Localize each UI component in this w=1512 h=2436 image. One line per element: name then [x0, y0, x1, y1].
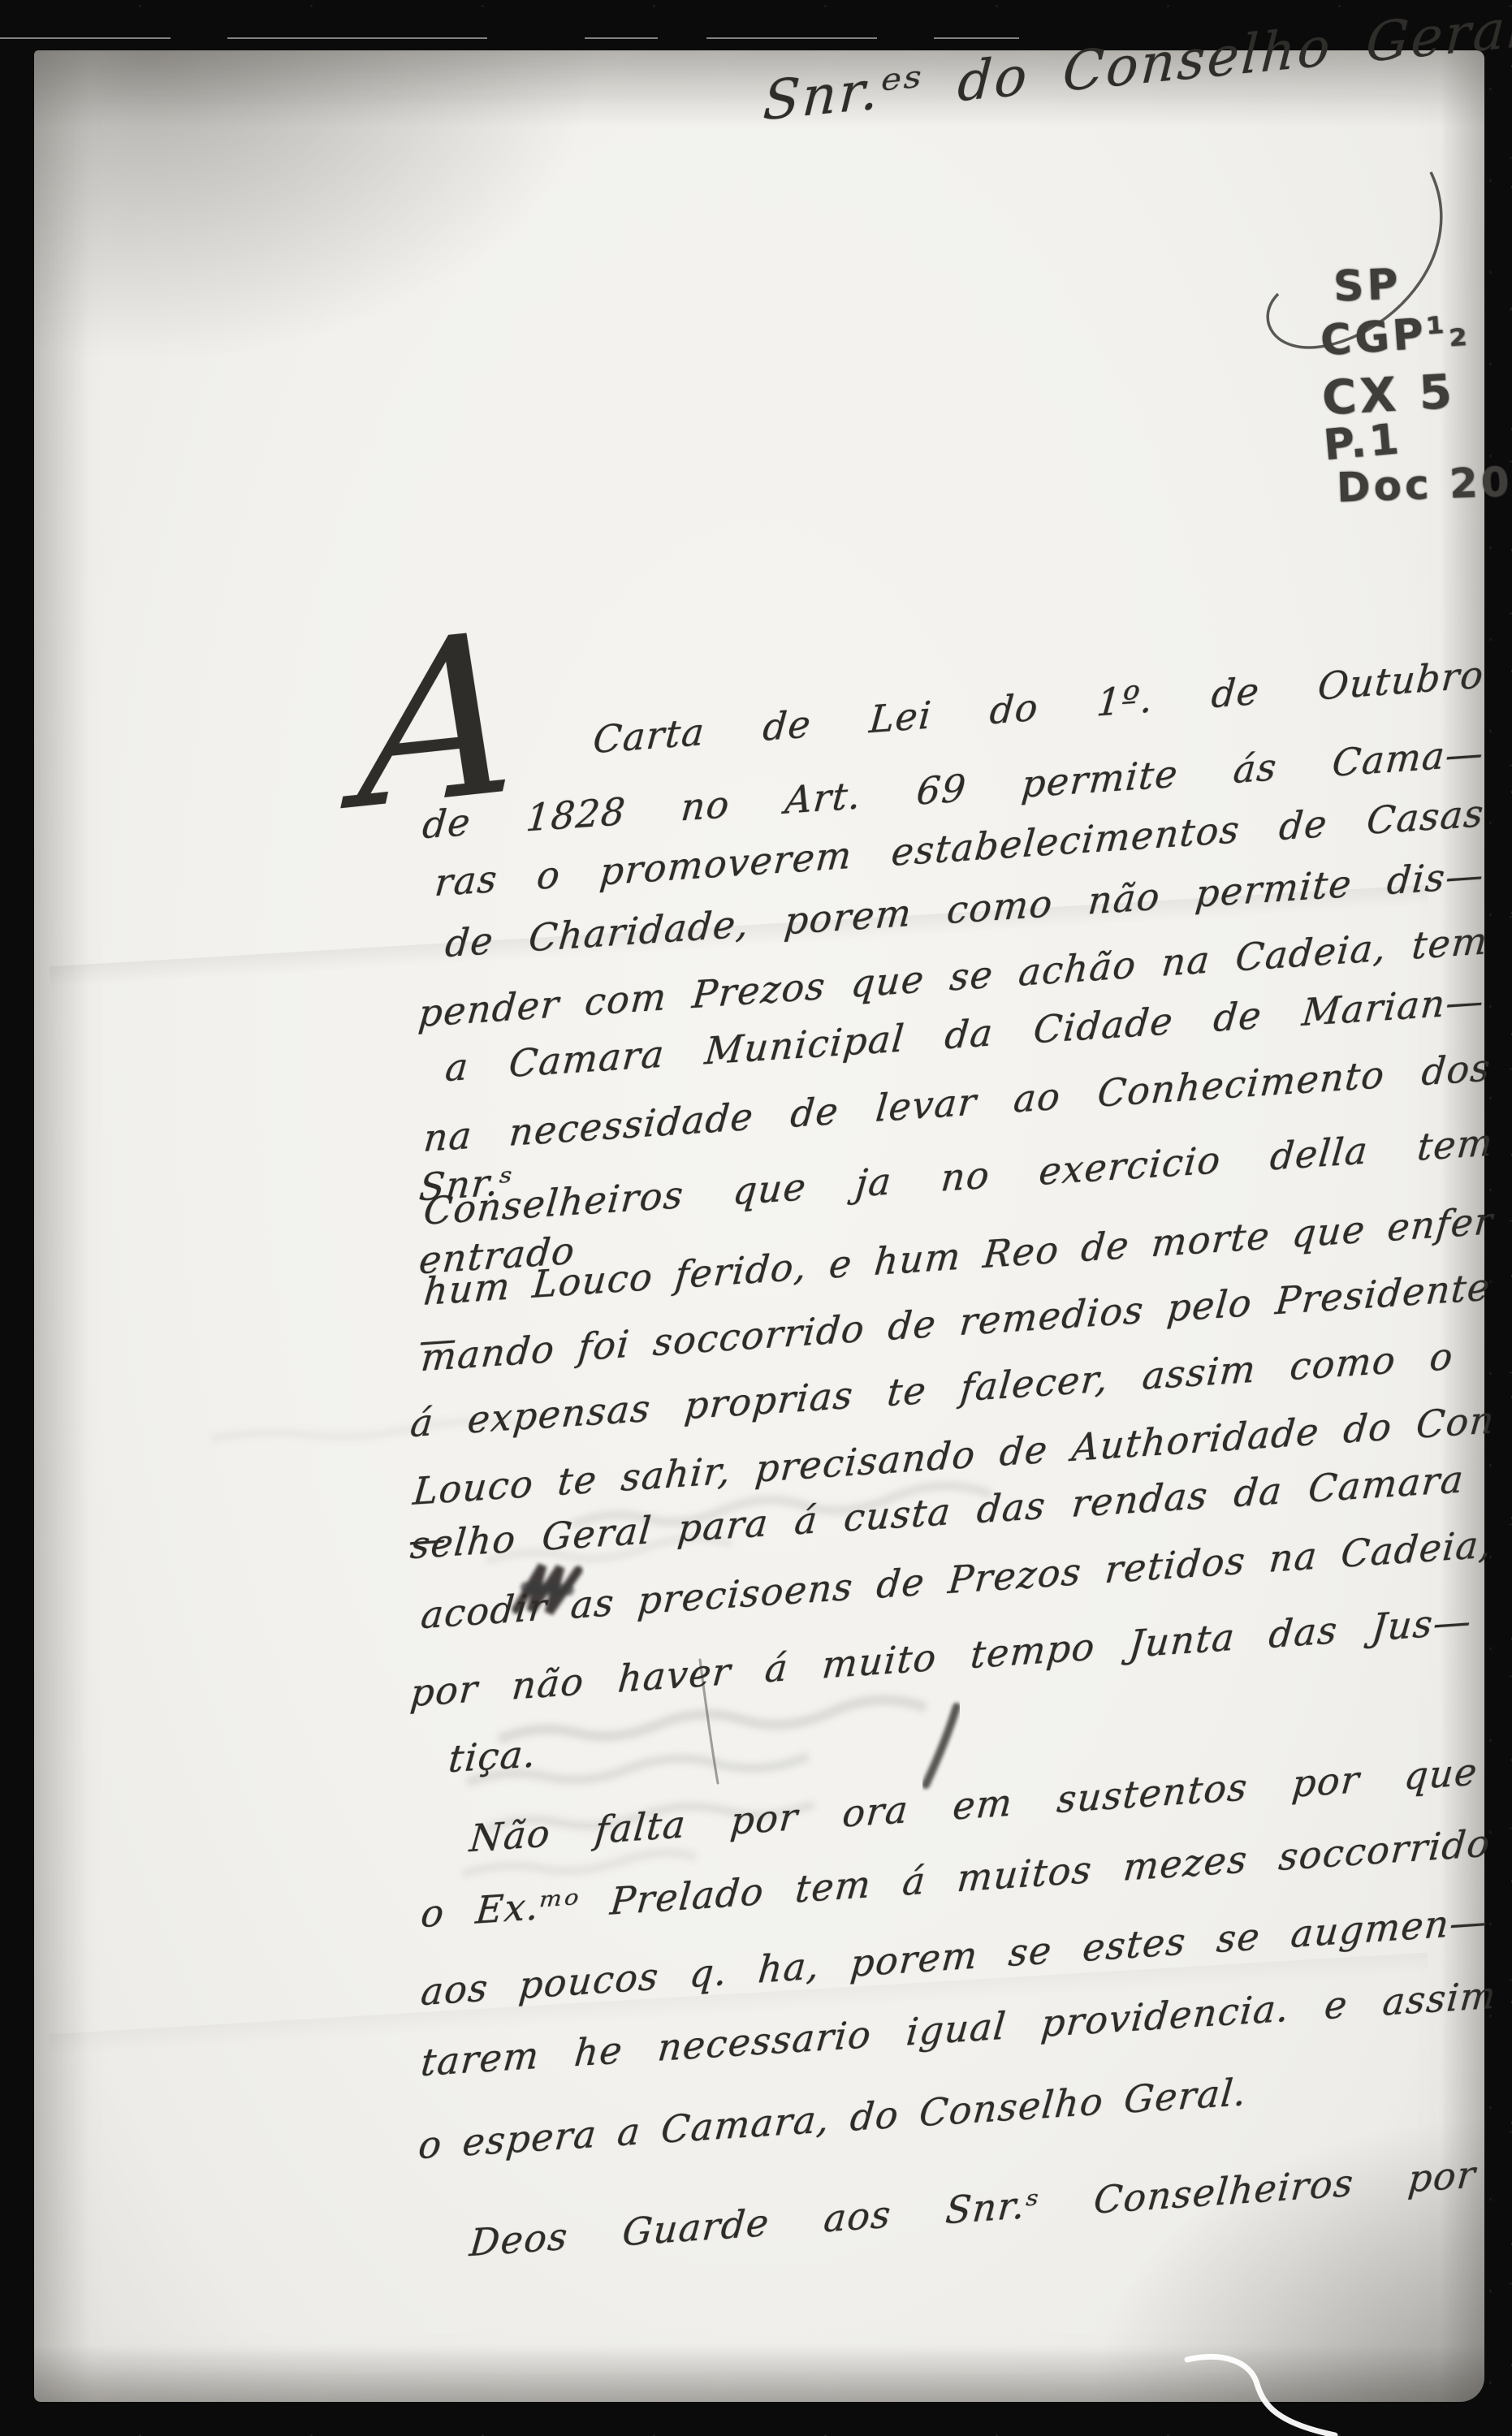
manuscript-line: tiça.: [447, 1730, 539, 1784]
archival-stamp-line: CGP¹₂: [1319, 307, 1471, 366]
archival-stamp-line: Doc 20: [1336, 458, 1512, 512]
scanned-document-background: Snr.ᵉˢ do Conselho Geral SPCGP¹₂CX 5P.1D…: [0, 0, 1512, 2436]
archival-stamp-line: SP: [1333, 261, 1402, 312]
